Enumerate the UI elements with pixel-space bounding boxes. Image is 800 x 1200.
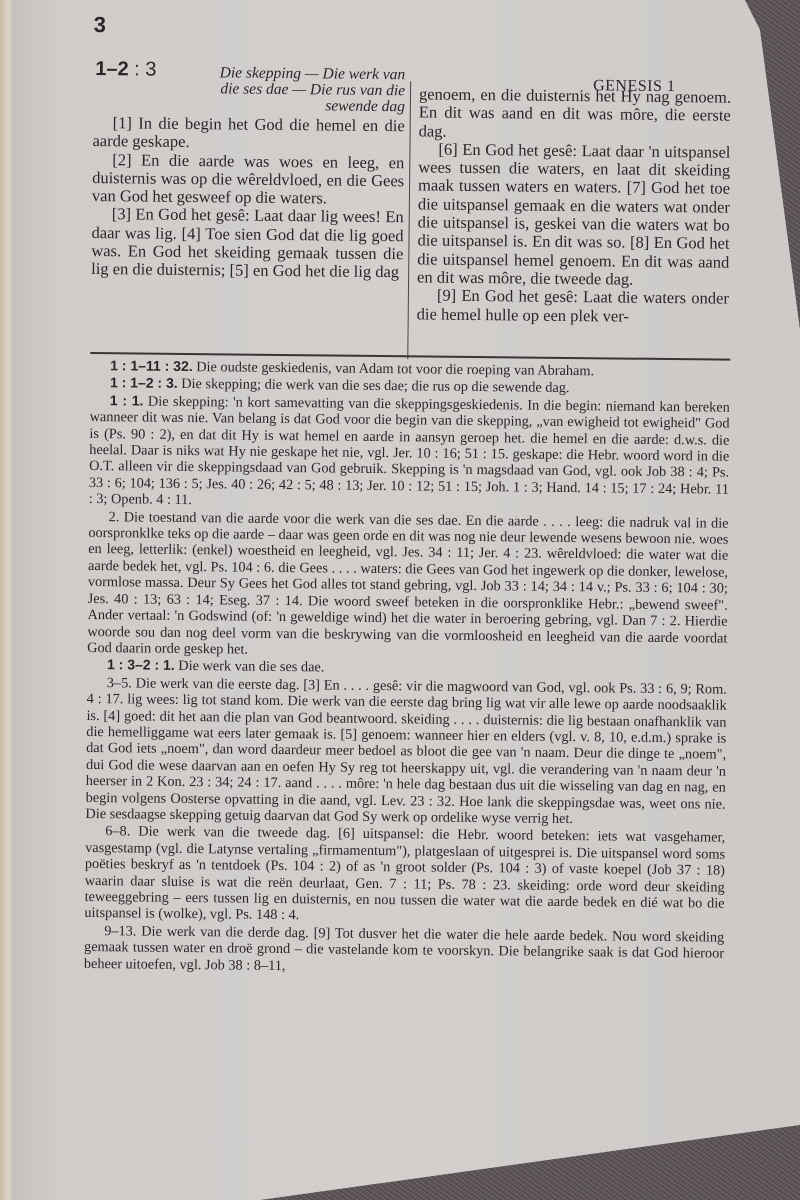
commentary-text: 9–13. Die werk van die derde dag. [9] To…: [84, 923, 724, 974]
commentary-paragraph: 1 : 1. Die skepping: 'n kort samevatting…: [89, 392, 730, 515]
commentary-paragraph: 9–13. Die werk van die derde dag. [9] To…: [84, 922, 724, 979]
verse-paragraph: [6] En God het gesê: Laat daar 'n uitspa…: [417, 140, 731, 290]
commentary: 1 : 1–11 : 32. Die oudste geskiedenis, v…: [84, 357, 730, 979]
page-edge: [0, 0, 14, 1200]
scripture-column-right: genoem, en die duisternis het Hy nag gen…: [417, 85, 731, 326]
book-page: 3 1–2 : 3 GENESIS 1 Die skepping — Die w…: [0, 0, 800, 1200]
verse-paragraph: [9] En God het gesê: Laat die waters ond…: [417, 287, 729, 327]
page-number: 3: [94, 12, 107, 38]
commentary-text: Die werk van die ses dae.: [175, 658, 325, 676]
page-content: 3 1–2 : 3 GENESIS 1 Die skepping — Die w…: [94, 0, 744, 7]
commentary-text: Die skepping: 'n kort samevatting van di…: [89, 393, 730, 508]
verse-paragraph: [1] In die begin het God die hemel en di…: [92, 114, 404, 154]
commentary-text: 3–5. Die werk van die eerste dag. [3] En…: [85, 675, 727, 827]
commentary-paragraph: 2. Die toestand van die aarde voor die w…: [87, 508, 729, 663]
commentary-ref: 1 : 1–2 : 3.: [110, 375, 178, 392]
verse-paragraph: genoem, en die duisternis het Hy nag gen…: [419, 85, 732, 143]
section-heading: Die skepping — Die werk van die ses dae …: [201, 65, 405, 115]
commentary-text: 6–8. Die werk van die tweede dag. [6] ui…: [84, 824, 725, 924]
verse-paragraph: [2] En die aarde was woes en leeg, en du…: [92, 151, 405, 209]
commentary-ref: 1 : 3–2 : 1.: [107, 656, 175, 673]
commentary-paragraph: 6–8. Die werk van die tweede dag. [6] ui…: [84, 822, 725, 928]
commentary-text: 2. Die toestand van die aarde voor die w…: [87, 509, 729, 658]
commentary-ref: 1 : 1.: [110, 392, 144, 408]
scripture-text: Die skepping — Die werk van die ses dae …: [90, 64, 733, 361]
commentary-ref: 1 : 1–11 : 32.: [110, 357, 193, 374]
verse-paragraph: [3] En God het gesê: Laat daar lig wees!…: [91, 205, 404, 281]
column-divider: [407, 81, 411, 359]
commentary-paragraph: 3–5. Die werk van die eerste dag. [3] En…: [85, 674, 727, 829]
scripture-column-left: Die skepping — Die werk van die ses dae …: [91, 64, 405, 282]
